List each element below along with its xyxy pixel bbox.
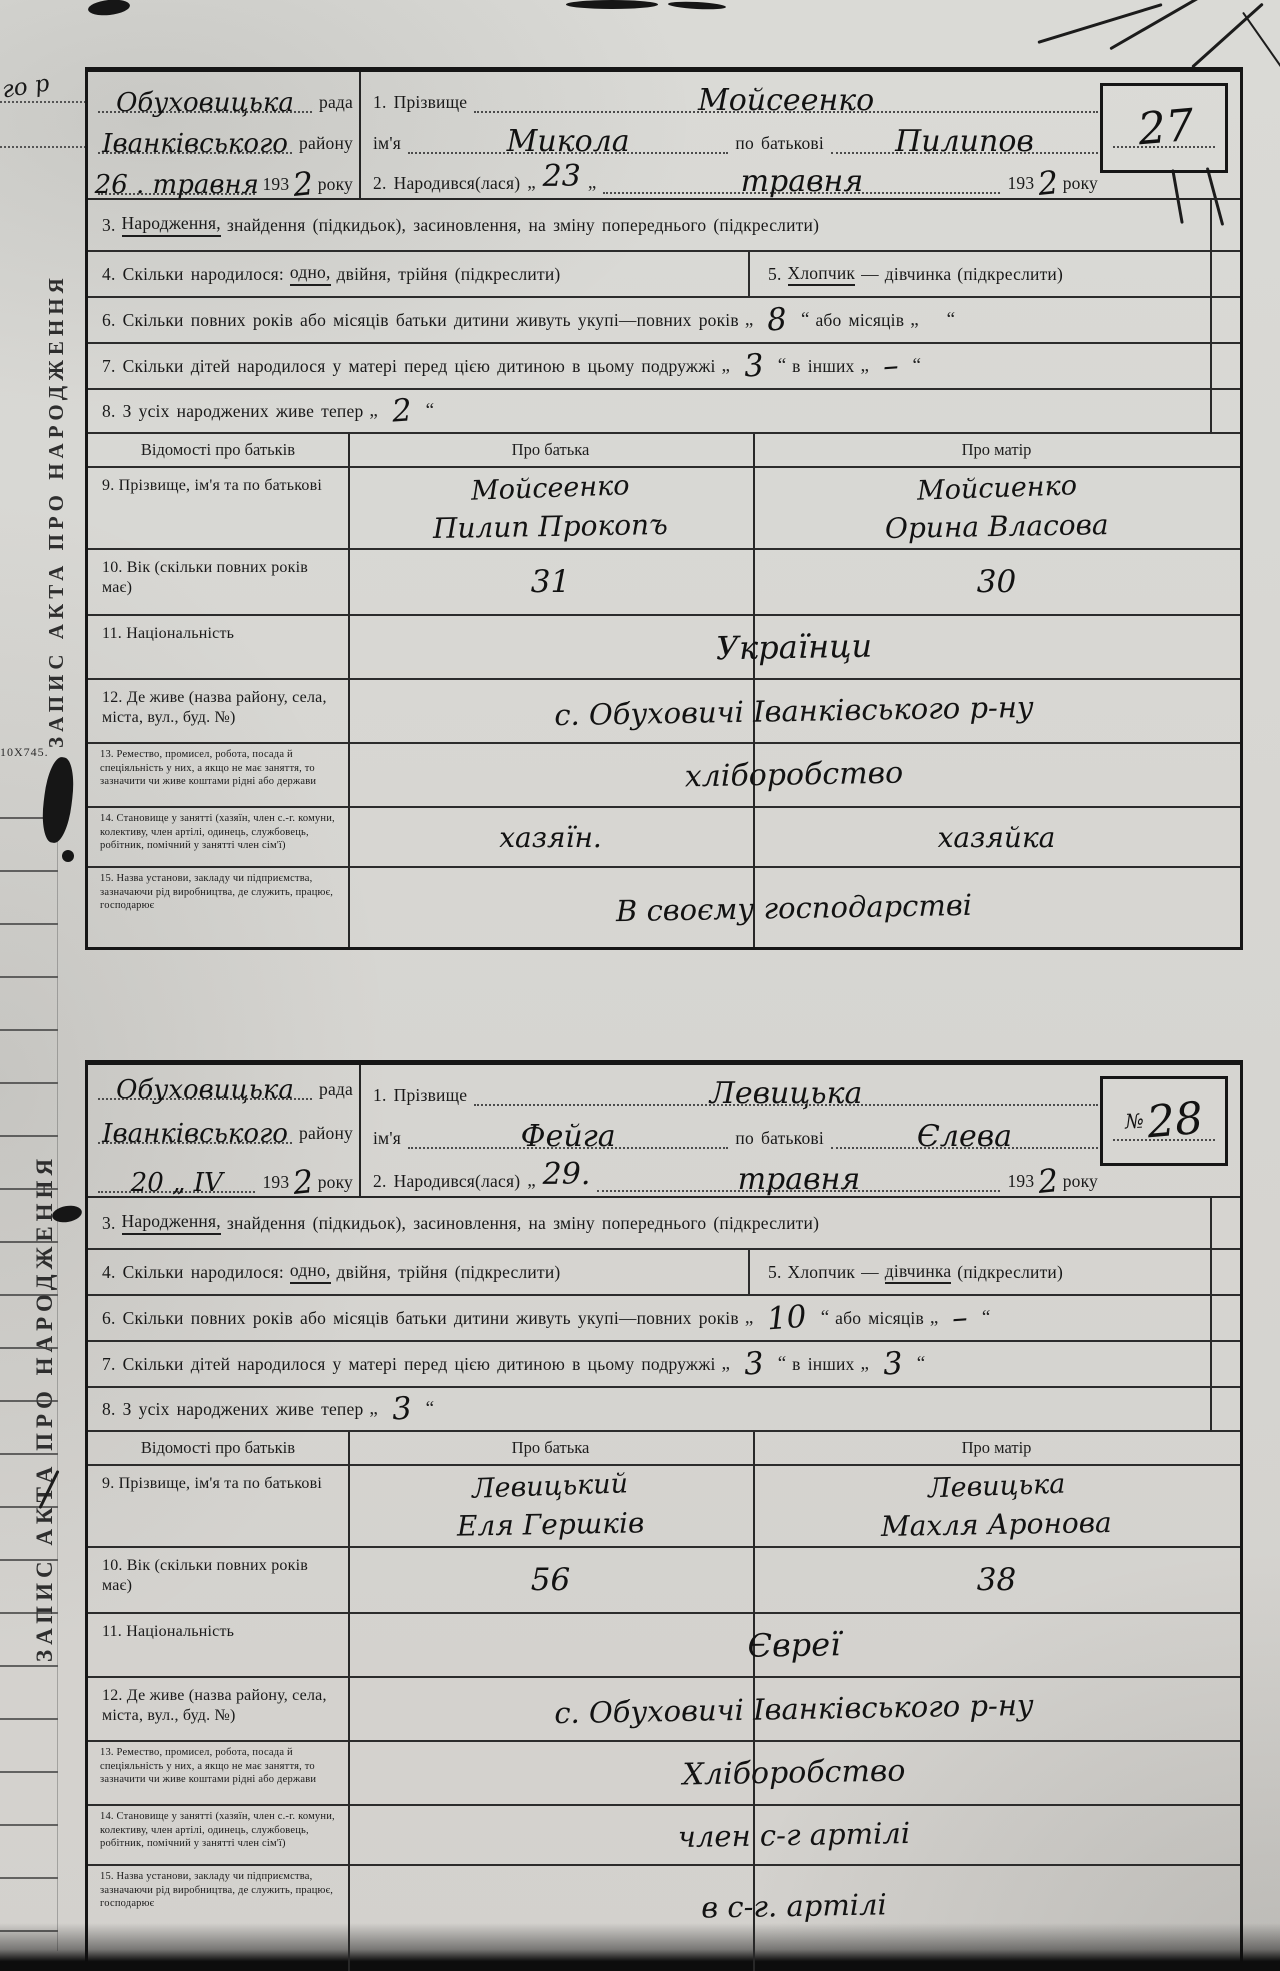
children-other-value: 3 [882,1351,903,1377]
close-quote: “ [917,1353,925,1375]
district-line: Іванківського району [98,1114,353,1144]
open-quote: „ [722,355,730,377]
row-14-label: 14. Становище у занятті (хазяїн, член с.… [88,1806,348,1864]
name-value: Микола [507,124,630,159]
father-surname: Мойсеенко [471,470,631,507]
field-4-underlined-option: одно, [290,262,331,286]
name-value: Фейга [521,1119,616,1154]
adjacent-page-ruled-lines [0,766,58,1951]
reg-date-value: 26 . травня [95,170,259,200]
field-5-sex: 5. Хлопчик — дівчинка (підкреслити) [756,263,1240,286]
mother-age: 38 [977,1562,1016,1598]
district-label: району [299,133,353,154]
birth-month-value: травня [741,164,864,199]
born-label: 2. Народився(лася) [373,173,520,194]
mother-age-cell: 30 [753,550,1240,614]
district-value: Іванківського [102,129,288,159]
mother-age: 30 [977,564,1016,600]
name-line: ім'я Фейга по батькові Єлева [373,1113,1098,1149]
field-3-birth-type: 3. Народження, знайдення (підкидьок), за… [88,200,1240,252]
field-8-children-alive: 8. З усіх народжених живе тепер „ 2 “ [88,390,1240,434]
row-10-ages: 10. Вік (скільки повних років має) 31 30 [88,550,1240,616]
row-14-work-status: 14. Становище у занятті (хазяїн, член с.… [88,808,1240,868]
surname-line: 1. Прізвище Левицька [373,1070,1098,1106]
birth-year-group: 193 2 року [1007,172,1098,194]
field-3-birth-type: 3. Народження, знайдення (підкидьок), за… [88,1198,1240,1250]
children-other-value: – [882,353,899,379]
council-label: рада [319,92,353,113]
children-this-marriage-value: 3 [743,1351,764,1377]
header-parents-info: Відомості про батьків [88,1438,348,1458]
close-quote: “ [982,1307,990,1329]
field-5-girl-option: дівчинка [885,1261,952,1284]
born-label: 2. Народився(лася) [373,1171,520,1192]
field-7-mid: в інших [792,356,854,377]
council-line: Обуховицька рада [98,77,353,113]
pen-scribble [1037,3,1162,44]
council-line: Обуховицька рада [98,1070,353,1100]
field-7-previous-children: 7. Скільки дітей народилося у матері пер… [88,344,1240,390]
row-15-label: 15. Назва установи, закладу чи підприємс… [88,868,348,947]
row-11-label: 11. Національність [88,616,348,678]
form-header: Обуховицька рада Іванківського району 26… [88,72,1240,200]
open-quote: „ [861,355,869,377]
row-9-label: 9. Прізвище, ім'я та по батькові [88,1466,348,1546]
council-field: Обуховицька [98,88,312,113]
field-5-number: 5. [768,1262,782,1283]
header-parents-info: Відомості про батьків [88,440,348,460]
birth-month-field: травня [597,1162,1000,1192]
year-printed: 193 [1007,173,1034,194]
registration-date-line: 20 „ IV 193 2 року [98,1157,353,1193]
table-header-row: Відомості про батьків Про батька Про мат… [88,1432,1240,1466]
year-label: року [1063,173,1098,194]
parents-table: Відомості про батьків Про батька Про мат… [88,434,1240,947]
ink-smudge [566,0,658,9]
birth-day-value: 23 [543,159,581,194]
year-label: року [318,174,353,195]
scan-bottom-shadow [0,1923,1280,1971]
margin-column-line [1210,1198,1212,1432]
parents-table: Відомості про батьків Про батька Про мат… [88,1432,1240,1971]
birth-date-line: 2. Народився(лася) „ 23 „ травня 193 2 р… [373,158,1098,194]
record-number: 28 [1146,1101,1205,1141]
ink-dot [62,850,74,862]
field-7-mid: в інших [792,1354,854,1375]
year-label: року [1063,1171,1098,1192]
handwritten-margin-scribble: го р [0,70,51,103]
field-6-lead: 6. Скільки повних років або місяців бать… [102,1308,739,1329]
open-quote: „ [910,309,918,331]
workplace-value: В своєму господарстві [348,883,1240,933]
nationality-value: Євреї [348,1618,1241,1672]
dotted-line-stub [0,101,86,103]
occupation-value: Хліборобство [348,1748,1240,1799]
field-4-how-many-born: 4. Скільки народилося: одно, двійня, трі… [88,252,750,296]
year-label: року [318,1172,353,1193]
margin-column-line [1210,200,1212,434]
patronymic-field: Пилипов [831,124,1098,154]
years-together-value: 10 [766,1304,807,1331]
margin-vertical-title-form1: ЗАПИС АКТА ПРО НАРОДЖЕННЯ [44,188,69,748]
father-given-name: Пилип Прокопъ [433,508,668,545]
year-printed: 193 [262,1172,289,1193]
row-13-occupation: 13. Ремество, промисел, робота, посада й… [88,1742,1240,1806]
name-label: ім'я [373,1128,401,1149]
field-4-how-many-born: 4. Скільки народилося: одно, двійня, трі… [88,1250,750,1294]
field-5-girl-option: дівчинка [885,264,952,285]
pen-scribble [1191,3,1264,69]
open-quote: „ [930,1307,938,1329]
row-12-residence: 12. Де живе (назва району, села, міста, … [88,680,1240,744]
year-printed: 193 [1007,1171,1034,1192]
row-13-occupation: 13. Ремество, промисел, робота, посада й… [88,744,1240,808]
council-label: рада [319,1079,353,1100]
close-quote: “ [912,355,920,377]
reg-date-value: 20 „ IV [131,1168,223,1198]
birth-month-value: травня [738,1162,861,1197]
open-quote: „ [369,1398,377,1420]
reg-date-field: 26 . травня [98,170,255,195]
open-quote: „ [369,400,377,422]
field-3-underlined-option: Народження, [122,1211,221,1235]
ink-smudge [668,0,726,10]
residence-value: с. Обуховичі Іванківського р-ну [348,686,1240,736]
close-quote: “ [426,1398,434,1420]
registry-office-block: Обуховицька рада Іванківського району 26… [88,72,361,198]
field-7-lead: 7. Скільки дітей народилося у матері пер… [102,356,716,377]
months-together-value: – [952,1305,969,1331]
mother-given-name: Махля Аронова [881,1506,1112,1543]
patronymic-value: Пилипов [895,124,1034,159]
field-4-lead: 4. Скільки народилося: [102,264,284,285]
row-15-workplace: 15. Назва установи, закладу чи підприємс… [88,868,1240,947]
children-alive-value: 3 [391,1396,412,1422]
row-13-label: 13. Ремество, промисел, робота, посада й… [88,1742,348,1804]
field-6-mid: або місяців [835,1308,924,1329]
district-line: Іванківського району [98,118,353,154]
record-number-box: № 28 [1100,1076,1228,1166]
row-12-label: 12. Де живе (назва району, села, міста, … [88,680,348,742]
reg-year-digit: 2 [292,1170,315,1194]
close-quote: “ [426,400,434,422]
district-field: Іванківського [98,129,292,154]
open-quote: „ [722,1353,730,1375]
record-number-box: 27 [1100,83,1228,173]
field-5-number: 5. [768,264,782,285]
ink-smudge [87,0,130,17]
close-quote: “ [778,355,786,377]
reg-year-digit: 2 [292,172,315,196]
row-12-label: 12. Де живе (назва району, села, міста, … [88,1678,348,1740]
field-4-underlined-option: одно, [290,1260,331,1284]
row-11-nationality: 11. Національність Євреї [88,1614,1240,1678]
close-quote: “ [947,309,955,331]
field-8-lead: 8. З усіх народжених живе тепер [102,401,363,422]
district-value: Іванківського [102,1119,288,1149]
field-6-lead: 6. Скільки повних років або місяців бать… [102,310,739,331]
field-3-number: 3. [102,1213,116,1234]
close-quote: “ [821,1307,829,1329]
mother-name-cell: Левицька Махля Аронова [753,1466,1240,1546]
row-11-nationality: 11. Національність Українци [88,616,1240,680]
table-header-row: Відомості про батьків Про батька Про мат… [88,434,1240,468]
row-9-label: 9. Прізвище, ім'я та по батькові [88,468,348,548]
patronymic-field: Єлева [831,1119,1098,1149]
record-number-prefix: № [1124,1109,1144,1134]
row-11-label: 11. Національність [88,1614,348,1676]
fields-4-5: 4. Скільки народилося: одно, двійня, трі… [88,1250,1240,1296]
row-13-label: 13. Ремество, промисел, робота, посада й… [88,744,348,806]
field-7-previous-children: 7. Скільки дітей народилося у матері пер… [88,1342,1240,1388]
close-quote: “ [801,309,809,331]
fields-4-5: 4. Скільки народилося: одно, двійня, трі… [88,252,1240,298]
father-name-cell: Мойсеенко Пилип Прокопъ [348,468,753,548]
mother-given-name: Орина Власова [884,508,1108,545]
header-about-mother: Про матір [753,1438,1240,1458]
father-age: 56 [531,1562,570,1598]
father-age-cell: 31 [348,550,753,614]
council-field: Обуховицька [98,1075,312,1100]
pen-scribble [1242,12,1280,70]
father-age-cell: 56 [348,1548,753,1612]
field-5-tail: (підкреслити) [957,1262,1063,1283]
field-6-mid: або місяців [815,310,904,331]
father-name-cell: Левицький Еля Гершків [348,1466,753,1546]
surname-value: Мойсеенко [698,83,874,118]
open-quote: „ [745,1307,753,1329]
field-5-boy-option: Хлопчик [788,263,856,286]
name-field: Фейга [408,1119,728,1149]
header-about-father: Про батька [348,440,753,460]
father-age: 31 [531,564,570,600]
surname-label: 1. Прізвище [373,92,467,113]
years-together-value: 8 [766,307,787,333]
patronymic-label: по батькові [735,1128,824,1149]
council-value: Обуховицька [116,1075,294,1105]
birth-year-digit: 2 [1037,1169,1060,1193]
father-status: хазяїн. [499,821,602,854]
father-status-cell: хазяїн. [348,808,753,866]
birth-year-digit: 2 [1037,171,1060,195]
open-quote: „ [745,309,753,331]
header-about-father: Про батька [348,1438,753,1458]
mother-age-cell: 38 [753,1548,1240,1612]
field-8-lead: 8. З усіх народжених живе тепер [102,1399,363,1420]
birth-day-value: 29. [543,1157,591,1192]
mother-surname: Мойсиенко [916,470,1077,507]
field-3-number: 3. [102,215,116,236]
children-this-marriage-value: 3 [743,353,764,379]
row-9-full-names: 9. Прізвище, ім'я та по батькові Левицьк… [88,1466,1240,1548]
surname-field: Левицька [474,1076,1098,1106]
form-print-size-mark: 10Х745. [0,745,49,760]
name-label: ім'я [373,133,401,154]
row-10-ages: 10. Вік (скільки повних років має) 56 38 [88,1548,1240,1614]
district-field: Іванківського [98,1119,292,1144]
patronymic-label: по батькові [735,133,824,154]
field-5-tail: (підкреслити) [957,264,1063,285]
name-line: ім'я Микола по батькові Пилипов [373,118,1098,154]
children-alive-value: 2 [391,398,412,424]
field-3-text: знайдення (підкидьок), засиновлення, на … [227,1213,819,1234]
father-given-name: Еля Гершків [457,1506,645,1542]
field-4-rest: двійня, трійня (підкреслити) [337,264,561,285]
mother-surname: Левицька [927,1469,1065,1505]
row-10-label: 10. Вік (скільки повних років має) [88,1548,348,1612]
birth-month-field: травня [603,164,1000,194]
registry-office-block: Обуховицька рада Іванківського району 20… [88,1065,361,1196]
field-3-underlined-option: Народження, [122,213,221,237]
row-14-work-status: 14. Становище у занятті (хазяїн, член с.… [88,1806,1240,1866]
row-9-full-names: 9. Прізвище, ім'я та по батькові Мойсеен… [88,468,1240,550]
year-printed: 193 [262,174,289,195]
field-4-lead: 4. Скільки народилося: [102,1262,284,1283]
field-8-children-alive: 8. З усіх народжених живе тепер „ 3 “ [88,1388,1240,1432]
residence-value: с. Обуховичі Іванківського р-ну [348,1684,1240,1734]
reg-date-field: 20 „ IV [98,1168,255,1193]
birth-year-group: 193 2 року [1007,1170,1098,1192]
field-4-rest: двійня, трійня (підкреслити) [337,1262,561,1283]
district-label: району [299,1123,353,1144]
field-6-years-together: 6. Скільки повних років або місяців бать… [88,1296,1240,1342]
mother-status-cell: хазяйка [753,808,1240,866]
patronymic-value: Єлева [917,1119,1012,1154]
field-7-lead: 7. Скільки дітей народилося у матері пер… [102,1354,716,1375]
field-5-boy-option: Хлопчик [788,1262,856,1283]
record-number: 27 [1137,108,1196,148]
form-header: Обуховицька рада Іванківського району 20… [88,1065,1240,1198]
mother-status: хазяйка [938,821,1056,854]
surname-field: Мойсеенко [474,83,1098,113]
row-10-label: 10. Вік (скільки повних років має) [88,550,348,614]
registration-date-line: 26 . травня 193 2 року [98,159,353,195]
close-quote: “ [778,1353,786,1375]
surname-line: 1. Прізвище Мойсеенко [373,77,1098,113]
surname-label: 1. Прізвище [373,1085,467,1106]
birth-record-form-1: Обуховицька рада Іванківського району 26… [85,67,1243,950]
occupation-value: хліборобство [348,750,1240,801]
open-quote: „ [527,172,535,194]
field-6-years-together: 6. Скільки повних років або місяців бать… [88,298,1240,344]
dotted-line-stub [0,146,86,148]
field-5-sex: 5. Хлопчик — дівчинка (підкреслити) [756,1261,1240,1284]
row-12-residence: 12. Де живе (назва району, села, міста, … [88,1678,1240,1742]
surname-value: Левицька [710,1076,863,1111]
name-field: Микола [408,124,728,154]
field-5-dash: — [861,264,879,285]
header-about-mother: Про матір [753,440,1240,460]
birth-date-line: 2. Народився(лася) „ 29. травня 193 2 ро… [373,1156,1098,1192]
reg-year-group: 193 2 року [262,1171,353,1193]
father-surname: Левицький [472,1468,629,1504]
open-quote: „ [527,1170,535,1192]
mother-name-cell: Мойсиенко Орина Власова [753,468,1240,548]
nationality-value: Українци [348,620,1241,674]
field-5-dash: — [861,1262,879,1283]
scanned-document-page: ЗАПИС АКТА ПРО НАРОДЖЕННЯ ЗАПИС АКТА ПРО… [0,0,1280,1971]
council-value: Обуховицька [116,88,294,118]
quote: „ [588,172,596,194]
row-14-label: 14. Становище у занятті (хазяїн, член с.… [88,808,348,866]
reg-year-group: 193 2 року [262,173,353,195]
field-3-text: знайдення (підкидьок), засиновлення, на … [227,215,819,236]
birth-record-form-2: Обуховицька рада Іванківського району 20… [85,1060,1243,1971]
open-quote: „ [861,1353,869,1375]
